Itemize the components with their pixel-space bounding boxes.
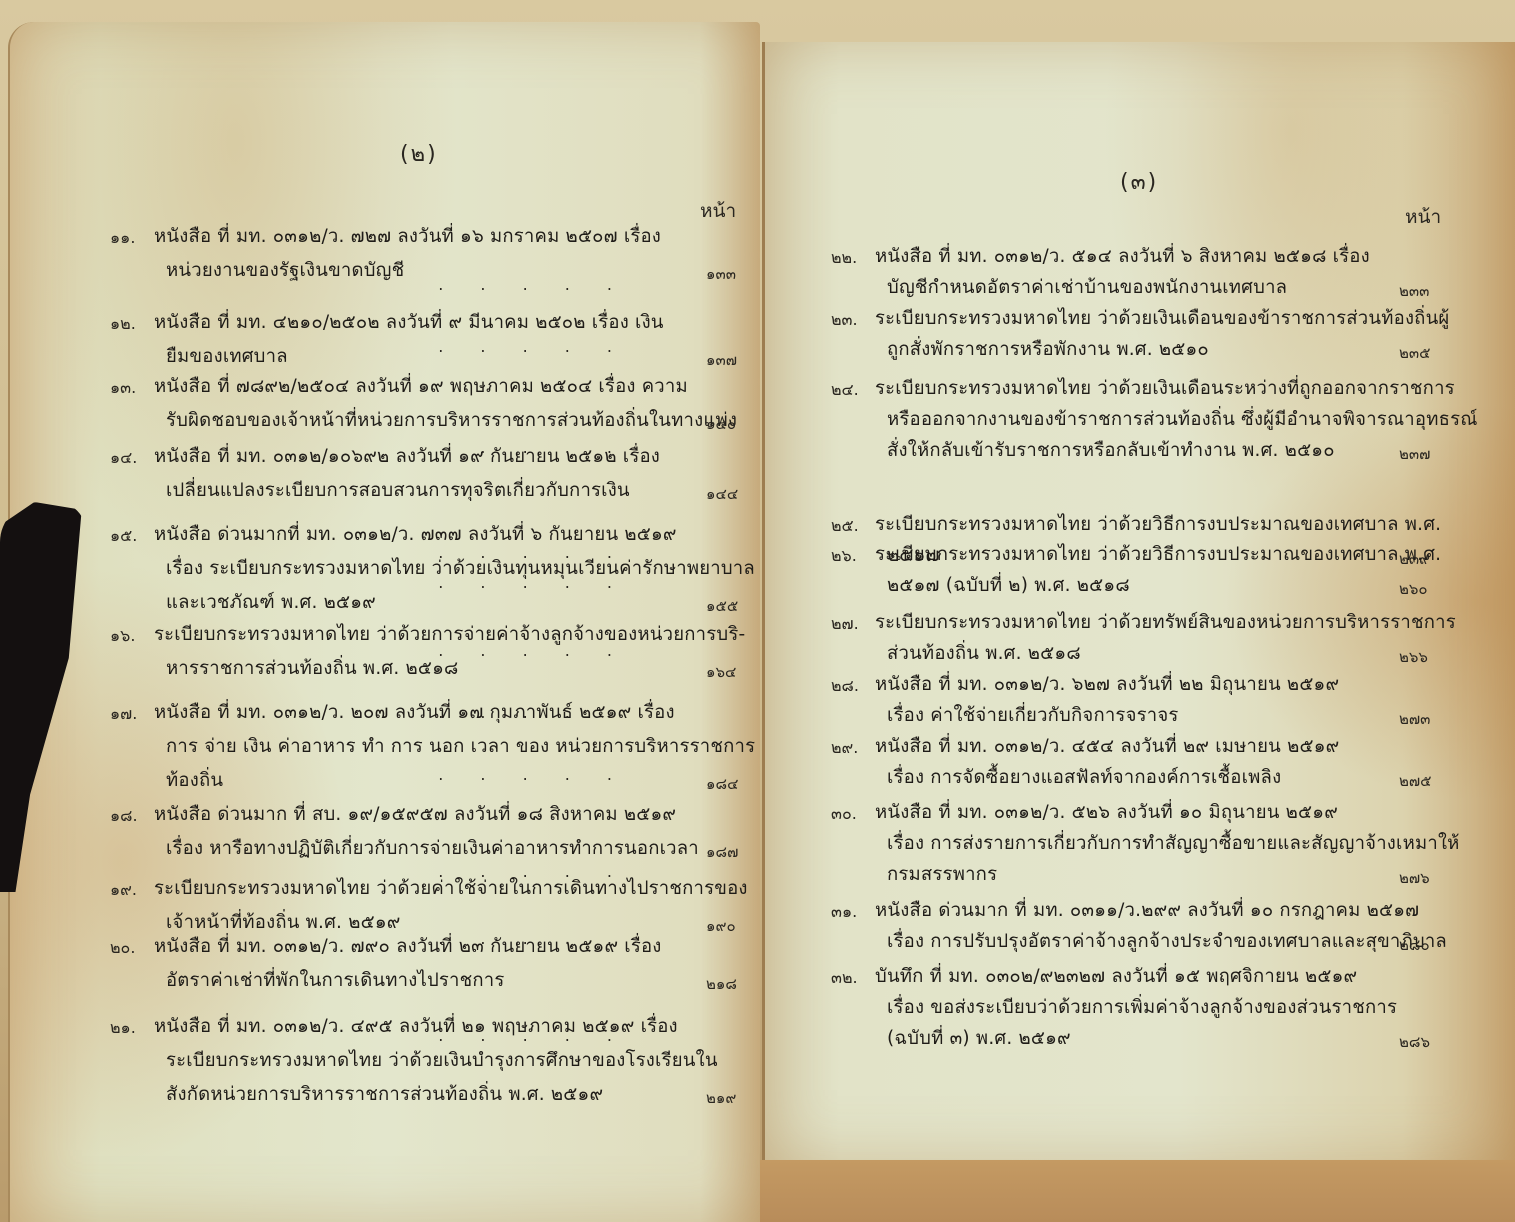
- dot-leader: . . . . .: [438, 543, 628, 562]
- entry-number: ๓๒.: [831, 966, 858, 991]
- entry-text-line: ท้องถิ่น: [166, 766, 223, 795]
- entry-text-line: ระเบียบกระทรวงมหาดไทย ว่าด้วยเงินเดือนระ…: [875, 374, 1455, 403]
- entry-page-number: ๑๕๕: [706, 594, 738, 618]
- entry-text-line: ระเบียบกระทรวงมหาดไทย ว่าด้วยเงินบำรุงกา…: [166, 1046, 718, 1075]
- entry-page-number: ๒๓๓: [1399, 279, 1429, 303]
- entry-text-line: บัญชีกำหนดอัตราค่าเช่าบ้านของพนักงานเทศบ…: [887, 273, 1287, 302]
- entry-text-line: หนังสือ ที่ มท. ๐๓๑๒/ว. ๗๒๗ ลงวันที่ ๑๖ …: [154, 222, 661, 251]
- entry-text-line: หนังสือ ที่ มท. ๐๓๑๒/ว. ๖๒๗ ลงวันที่ ๒๒ …: [875, 670, 1339, 699]
- entry-text-line: ยืมของเทศบาล: [166, 342, 288, 371]
- entry-text-line: หนังสือ ที่ มท. ๐๓๑๒/ว. ๕๒๖ ลงวันที่ ๑๐ …: [875, 798, 1338, 827]
- entry-text-line: หนังสือ ด่วนมาก ที่ มท. ๐๓๑๑/ว.๒๙๙ ลงวัน…: [875, 896, 1419, 925]
- entry-number: ๑๔.: [110, 446, 137, 471]
- entry-number: ๓๐.: [831, 802, 857, 827]
- entry-text-line: บันทึก ที่ มท. ๐๓๐๒/๙๒๓๒๗ ลงวันที่ ๑๕ พฤ…: [875, 962, 1357, 991]
- entry-page-number: ๑๖๔: [706, 660, 736, 684]
- entry-text-line: ถูกสั่งพักราชการหรือพักงาน พ.ศ. ๒๕๑๐: [887, 335, 1209, 364]
- entry-number: ๑๖.: [110, 624, 135, 649]
- entry-number: ๒๐.: [110, 936, 135, 961]
- entry-text-line: การ จ่าย เงิน ค่าอาหาร ทำ การ นอก เวลา ข…: [166, 732, 796, 761]
- entry-number: ๒๙.: [831, 736, 858, 761]
- entry-page-number: ๒๗๖: [1399, 866, 1430, 890]
- entry-number: ๑๗.: [110, 702, 137, 727]
- entry-page-number: ๒๘๐: [1399, 933, 1430, 957]
- entry-number: ๒๘.: [831, 674, 859, 699]
- entry-text-line: ระเบียบกระทรวงมหาดไทย ว่าด้วยเงินเดือนขอ…: [875, 304, 1449, 333]
- entry-page-number: ๒๖๖: [1399, 645, 1428, 669]
- entry-text-line: หนังสือ ด่วนมาก ที่ สบ. ๑๙/๑๕๙๕๗ ลงวันที…: [154, 800, 676, 829]
- entry-number: ๒๒.: [831, 246, 857, 271]
- entry-number: ๒๑.: [110, 1016, 136, 1041]
- entry-page-number: ๑๘๗: [706, 840, 738, 864]
- dot-leader: . . . . .: [438, 929, 628, 948]
- entry-text-line: เรื่อง ค่าใช้จ่ายเกี่ยวกับกิจการจราจร: [887, 701, 1179, 730]
- entry-page-number: ๑๓๓: [706, 262, 736, 286]
- entry-text-line: เรื่อง การจัดซื้อยางแอสฟัลท์จากองค์การเช…: [887, 763, 1281, 792]
- entry-text-line: ระเบียบกระทรวงมหาดไทย ว่าด้วยวิธีการงบปร…: [875, 510, 1441, 539]
- entry-page-number: ๑๙๐: [706, 914, 736, 938]
- entry-text-line: สั่งให้กลับเข้ารับราชการหรือกลับเข้าทำงา…: [887, 436, 1335, 465]
- entry-text-line: หนังสือ ที่ มท. ๐๓๑๒/ว. ๔๕๔ ลงวันที่ ๒๙ …: [875, 732, 1339, 761]
- entry-text-line: เรื่อง การปรับปรุงอัตราค่าจ้างลูกจ้างประ…: [887, 927, 1447, 956]
- dot-leader: . . . . .: [438, 765, 628, 784]
- entry-number: ๓๑.: [831, 900, 857, 925]
- page-column-header: หน้า: [700, 196, 736, 226]
- page-number-label: (๒): [400, 136, 438, 171]
- entry-number: ๑๕.: [110, 524, 137, 549]
- entry-number: ๑๒.: [110, 312, 136, 337]
- entry-number: ๒๖.: [831, 544, 857, 569]
- page-column-header: หน้า: [1405, 202, 1441, 232]
- entry-text-line: เรื่อง หารือทางปฏิบัติเกี่ยวกับการจ่ายเง…: [166, 834, 699, 863]
- right-page: (๓) หน้า ๒๒.หนังสือ ที่ มท. ๐๓๑๒/ว. ๕๑๔ …: [762, 42, 1515, 1162]
- page-number-label: (๓): [1120, 164, 1158, 199]
- entry-number: ๒๕.: [831, 514, 859, 539]
- entry-page-number: ๒๑๘: [706, 972, 737, 996]
- entry-text-line: สังกัดหน่วยการบริหารราชการส่วนท้องถิ่น พ…: [166, 1080, 603, 1109]
- dot-leader: . . . . .: [438, 337, 628, 356]
- entry-page-number: ๒๘๖: [1399, 1030, 1430, 1054]
- dot-leader: . . . . .: [438, 573, 628, 592]
- entry-number: ๑๓.: [110, 376, 136, 401]
- dot-leader: . . . . .: [438, 1026, 628, 1045]
- entry-text-line: หน่วยงานของรัฐเงินขาดบัญชี: [166, 256, 404, 285]
- entry-text-line: หนังสือ ที่ มท. ๐๓๑๒/ว. ๕๑๔ ลงวันที่ ๖ ส…: [875, 242, 1370, 271]
- entry-page-number: ๒๗๕: [1399, 769, 1432, 793]
- entry-text-line: หรือออกจากงานของข้าราชการส่วนท้องถิ่น ซึ…: [887, 405, 1478, 434]
- entry-text-line: อัตราค่าเช่าที่พักในการเดินทางไปราชการ: [166, 966, 505, 995]
- entry-text-line: กรมสรรพากร: [887, 860, 997, 889]
- entry-text-line: หารราชการส่วนท้องถิ่น พ.ศ. ๒๕๑๘: [166, 654, 459, 683]
- entry-text-line: และเวชภัณฑ์ พ.ศ. ๒๕๑๙: [166, 588, 376, 617]
- entry-page-number: ๒๓๕: [1399, 341, 1431, 365]
- entry-text-line: ส่วนท้องถิ่น พ.ศ. ๒๕๑๘: [887, 639, 1081, 668]
- entry-number: ๑๘.: [110, 804, 138, 829]
- entry-number: ๑๙.: [110, 878, 137, 903]
- entry-text-line: รับผิดชอบของเจ้าหน้าที่หน่วยการบริหารราช…: [166, 406, 737, 435]
- entry-page-number: ๑๔๔: [706, 482, 738, 506]
- entry-number: ๑๑.: [110, 226, 135, 251]
- entry-text-line: เปลี่ยนแปลงระเบียบการสอบสวนการทุจริตเกี่…: [166, 476, 630, 505]
- dot-leader: . . . . .: [438, 641, 628, 660]
- entry-page-number: ๒๗๓: [1399, 707, 1430, 731]
- entry-text-line: เรื่อง การส่งรายการเกี่ยวกับการทำสัญญาซื…: [887, 829, 1460, 858]
- dot-leader: . . . . .: [438, 862, 628, 881]
- entry-page-number: ๒๖๐: [1399, 577, 1428, 601]
- dot-leader: . . . . .: [438, 275, 628, 294]
- page-stack-edge: [760, 1160, 1515, 1222]
- entry-page-number: ๑๘๔: [706, 772, 738, 796]
- entry-text-line: (ฉบับที่ ๓) พ.ศ. ๒๕๑๙: [887, 1024, 1071, 1053]
- entry-number: ๒๗.: [831, 612, 859, 637]
- dot-leader: . . . . .: [438, 438, 628, 457]
- entry-page-number: ๑๓๗: [706, 348, 737, 372]
- entry-text-line: เรื่อง ขอส่งระเบียบว่าด้วยการเพิ่มค่าจ้า…: [887, 993, 1397, 1022]
- entry-text-line: หนังสือ ที่ ๗๘๙๒/๒๕๐๔ ลงวันที่ ๑๙ พฤษภาค…: [154, 372, 688, 401]
- entry-page-number: ๒๓๗: [1399, 442, 1430, 466]
- entry-page-number: ๒๑๙: [706, 1086, 736, 1110]
- entry-text-line: ระเบียบกระทรวงมหาดไทย ว่าด้วยทรัพย์สินขอ…: [875, 608, 1456, 637]
- entry-number: ๒๓.: [831, 308, 858, 333]
- entry-text-line: ระเบียบกระทรวงมหาดไทย ว่าด้วยวิธีการงบปร…: [875, 540, 1441, 569]
- entry-number: ๒๔.: [831, 378, 859, 403]
- entry-text-line: หนังสือ ที่ มท. ๔๒๑๐/๒๕๐๒ ลงวันที่ ๙ มีน…: [154, 308, 664, 337]
- left-page: (๒) หน้า ๑๑.หนังสือ ที่ มท. ๐๓๑๒/ว. ๗๒๗ …: [8, 22, 760, 1222]
- entry-text-line: ๒๕๑๗ (ฉบับที่ ๒) พ.ศ. ๒๕๑๘: [887, 571, 1130, 600]
- entry-page-number: ๑๔๐: [706, 412, 736, 436]
- dot-leader: . . . . .: [438, 703, 628, 722]
